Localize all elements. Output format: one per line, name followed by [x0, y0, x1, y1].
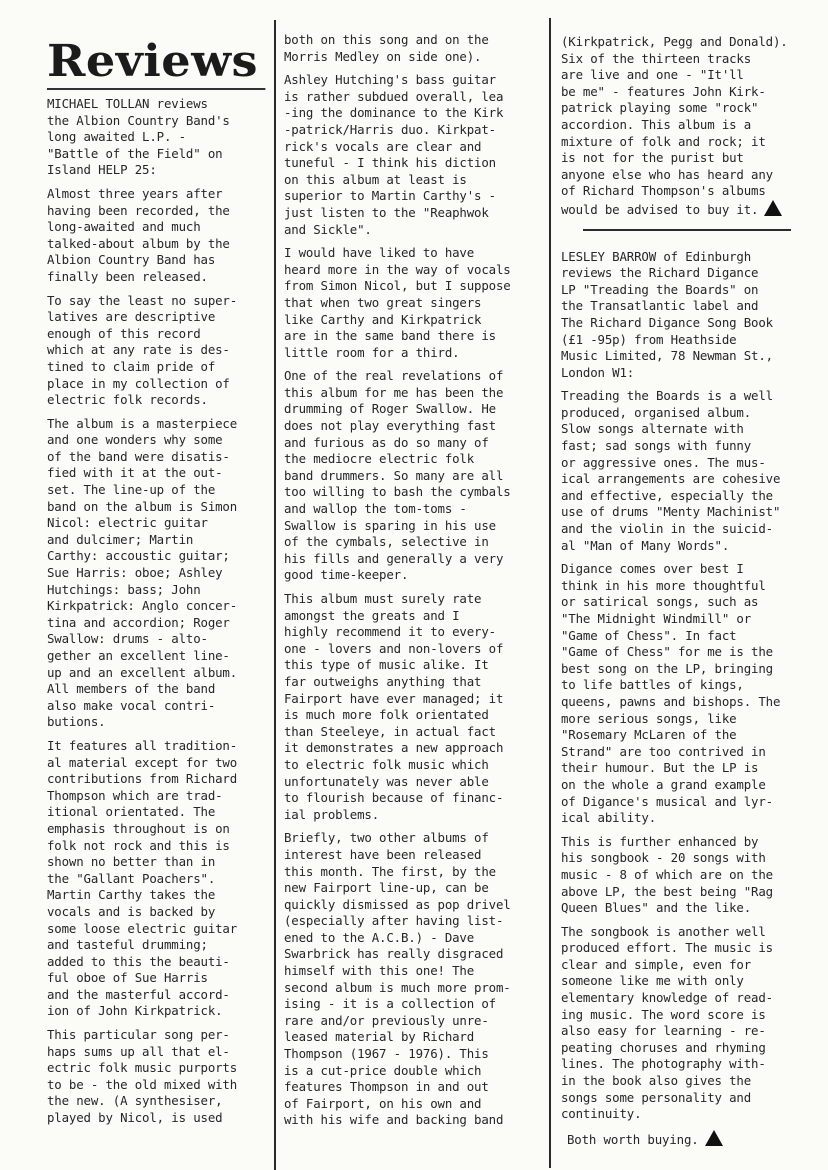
closing-text: Both worth buying.	[567, 1132, 699, 1147]
paragraph: It features all tradition- al material e…	[47, 738, 273, 1020]
paragraph: One of the real revelations of this albu…	[284, 368, 548, 584]
magazine-page: Reviews MICHAEL TOLLAN reviews the Albio…	[0, 0, 828, 1170]
paragraph: This is further enhanced by his songbook…	[561, 834, 823, 917]
triangle-end-mark-icon	[764, 200, 782, 216]
column-2: both on this song and on the Morris Medl…	[284, 32, 548, 1136]
column-divider	[549, 18, 551, 1168]
paragraph: I would have liked to have heard more in…	[284, 245, 548, 361]
triangle-end-mark-icon	[705, 1130, 723, 1146]
paragraph: To say the least no super- latives are d…	[47, 293, 273, 409]
review-1-intro: MICHAEL TOLLAN reviews the Albion Countr…	[47, 96, 273, 179]
column-1: Reviews MICHAEL TOLLAN reviews the Albio…	[47, 32, 273, 1134]
paragraph: Digance comes over best I think in his m…	[561, 561, 823, 827]
review-2-intro: LESLEY BARROW of Edinburgh reviews the R…	[561, 249, 823, 382]
paragraph: Almost three years after having been rec…	[47, 186, 273, 286]
paragraph: Briefly, two other albums of interest ha…	[284, 830, 548, 1129]
page-title: Reviews	[47, 40, 265, 90]
paragraph: both on this song and on the Morris Medl…	[284, 32, 548, 65]
section-divider	[583, 229, 791, 231]
closing-line: Both worth buying.	[567, 1130, 823, 1149]
paragraph: This album must surely rate amongst the …	[284, 591, 548, 823]
paragraph: This particular song per- haps sums up a…	[47, 1027, 273, 1127]
paragraph: Ashley Hutching's bass guitar is rather …	[284, 72, 548, 238]
column-3: (Kirkpatrick, Pegg and Donald). Six of t…	[561, 32, 823, 1155]
column-divider	[274, 20, 276, 1170]
paragraph: Treading the Boards is a well produced, …	[561, 388, 823, 554]
paragraph: The songbook is another well produced ef…	[561, 924, 823, 1123]
paragraph: The album is a masterpiece and one wonde…	[47, 416, 273, 731]
paragraph: (Kirkpatrick, Pegg and Donald). Six of t…	[561, 34, 823, 219]
paragraph-text: (Kirkpatrick, Pegg and Donald). Six of t…	[561, 34, 788, 217]
